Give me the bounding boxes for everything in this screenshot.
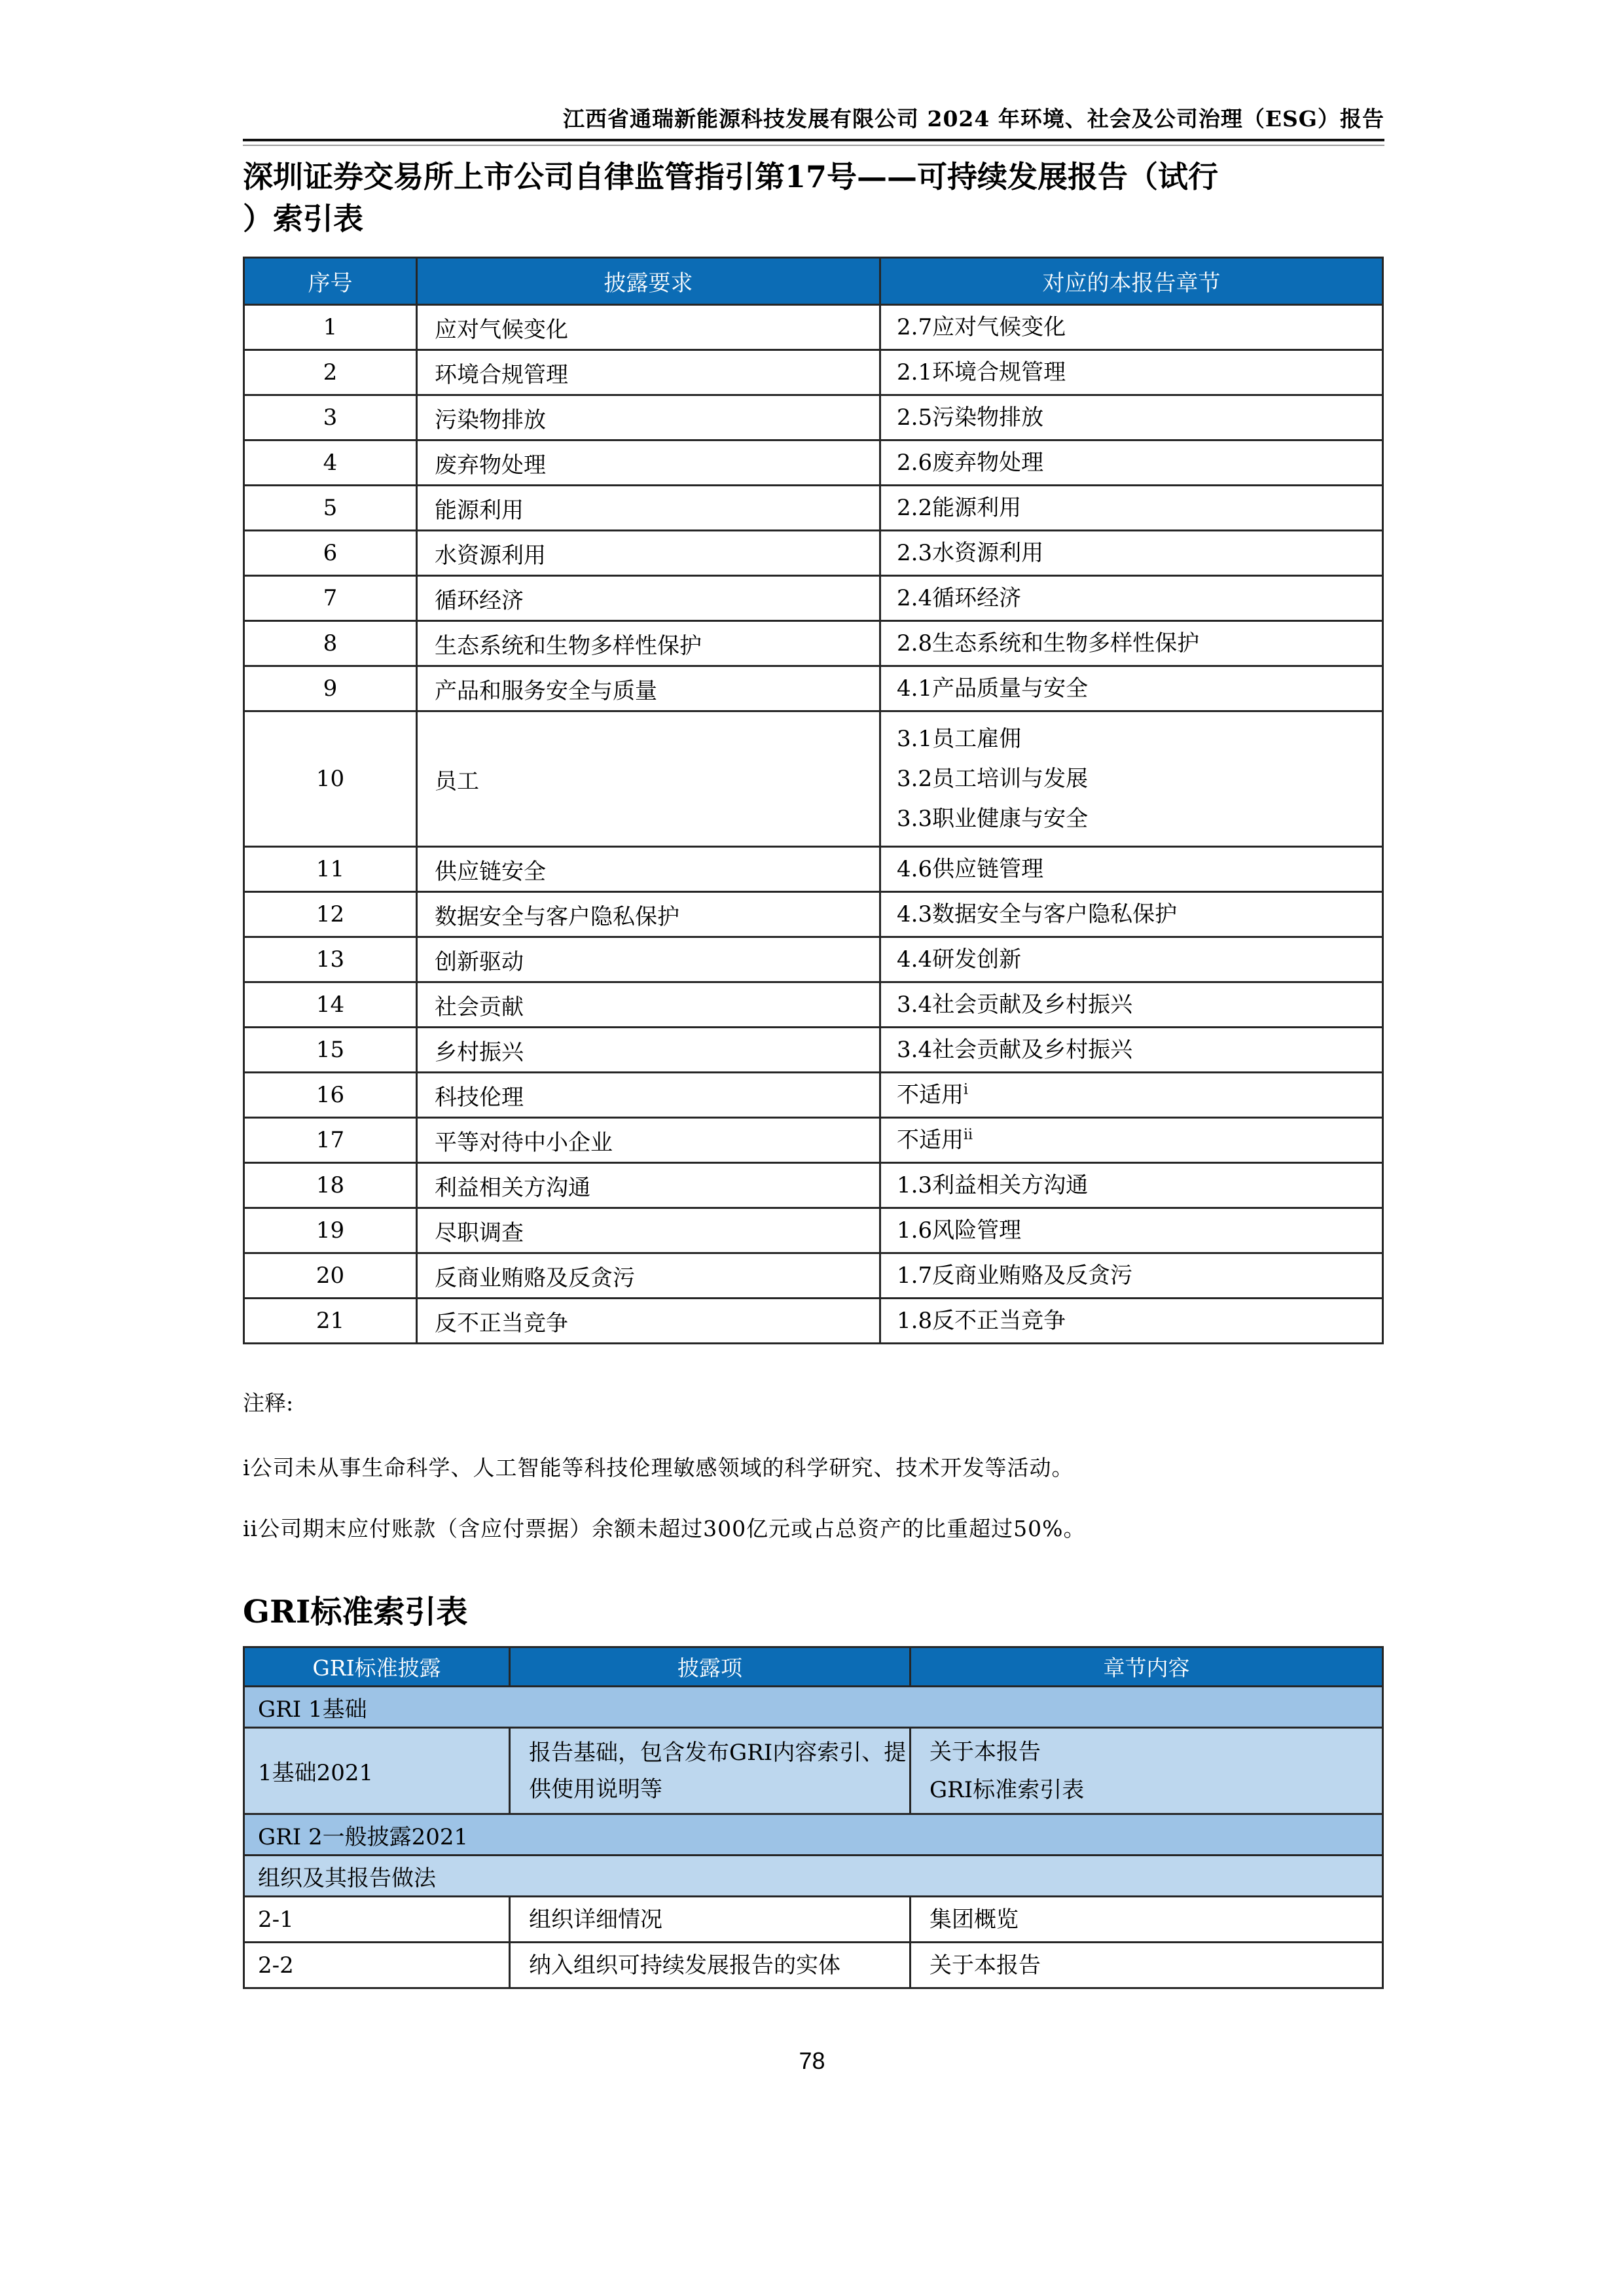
chapter-line: 2.7应对气候变化 (897, 308, 1381, 347)
row-number-cell: 12 (244, 892, 417, 937)
table-row: 11供应链安全4.6供应链管理 (244, 847, 1383, 892)
chapter-cell: 2.5污染物排放 (880, 395, 1383, 440)
chapter-line: 4.4研发创新 (897, 940, 1381, 979)
chapter-line: 4.1产品质量与安全 (897, 669, 1381, 708)
table-row: 10员工3.1员工雇佣3.2员工培训与发展3.3职业健康与安全 (244, 711, 1383, 847)
row-number-cell: 11 (244, 847, 417, 892)
gri-chapter-cell: 关于本报告 (911, 1943, 1383, 1988)
chapter-line: 1.6风险管理 (897, 1211, 1381, 1250)
row-number-cell: 1 (244, 305, 417, 350)
table-row: 18利益相关方沟通1.3利益相关方沟通 (244, 1163, 1383, 1208)
requirement-cell: 环境合规管理 (417, 350, 880, 395)
chapter-line: 不适用i (897, 1075, 1381, 1115)
requirement-cell: 平等对待中小企业 (417, 1118, 880, 1163)
requirement-cell: 数据安全与客户隐私保护 (417, 892, 880, 937)
table2-col-header-chapter: 章节内容 (911, 1647, 1383, 1687)
requirement-cell: 污染物排放 (417, 395, 880, 440)
chapter-line: 3.1员工雇佣 (897, 721, 1381, 757)
row-number-cell: 7 (244, 576, 417, 621)
requirement-cell: 员工 (417, 711, 880, 847)
section1-title: 深圳证券交易所上市公司自律监管指引第17号——可持续发展报告（试行 ）索引表 (243, 156, 1395, 240)
chapter-line: 1.8反不正当竞争 (897, 1301, 1381, 1340)
chapter-line: 1.7反商业贿赂及反贪污 (897, 1256, 1381, 1295)
chapter-cell: 3.4社会贡献及乡村振兴 (880, 1028, 1383, 1073)
row-number-cell: 19 (244, 1208, 417, 1253)
row-number-cell: 16 (244, 1073, 417, 1118)
table-row: 16科技伦理不适用i (244, 1073, 1383, 1118)
gri-chapter-line: 关于本报告 (929, 1946, 1381, 1984)
note-item: ii公司期末应付账款（含应付票据）余额未超过300亿元或占总资产的比重超过50%… (243, 1512, 1384, 1543)
table-row: 19尽职调查1.6风险管理 (244, 1208, 1383, 1253)
chapter-cell: 2.7应对气候变化 (880, 305, 1383, 350)
chapter-cell: 2.4循环经济 (880, 576, 1383, 621)
chapter-cell: 1.3利益相关方沟通 (880, 1163, 1383, 1208)
row-number-cell: 4 (244, 440, 417, 486)
table-row: 6水资源利用2.3水资源利用 (244, 531, 1383, 576)
chapter-cell: 不适用ii (880, 1118, 1383, 1163)
row-number-cell: 14 (244, 982, 417, 1028)
gri-chapter-line: 集团概览 (929, 1901, 1381, 1939)
note-item: i公司未从事生命科学、人工智能等科技伦理敏感领域的科学研究、技术开发等活动。 (243, 1451, 1384, 1482)
chapter-line: 3.3职业健康与安全 (897, 800, 1381, 837)
table-row: 14社会贡献3.4社会贡献及乡村振兴 (244, 982, 1383, 1028)
table-row: 15乡村振兴3.4社会贡献及乡村振兴 (244, 1028, 1383, 1073)
chapter-cell: 1.6风险管理 (880, 1208, 1383, 1253)
row-number-cell: 13 (244, 937, 417, 982)
chapter-line: 2.2能源利用 (897, 488, 1381, 528)
chapter-line: 4.6供应链管理 (897, 850, 1381, 889)
chapter-line: 2.6废弃物处理 (897, 443, 1381, 482)
gri-code-cell: 2-2 (244, 1943, 510, 1988)
table-row: 13创新驱动4.4研发创新 (244, 937, 1383, 982)
notes-label: 注释: (243, 1386, 1384, 1417)
table-row: 3污染物排放2.5污染物排放 (244, 395, 1383, 440)
gri-code-cell: 1基础2021 (244, 1728, 510, 1814)
row-number-cell: 5 (244, 486, 417, 531)
row-number-cell: 3 (244, 395, 417, 440)
row-number-cell: 15 (244, 1028, 417, 1073)
chapter-cell: 3.1员工雇佣3.2员工培训与发展3.3职业健康与安全 (880, 711, 1383, 847)
chapter-cell: 2.1环境合规管理 (880, 350, 1383, 395)
band-label-cell: 组织及其报告做法 (244, 1856, 1383, 1897)
table2-col-header-item: 披露项 (510, 1647, 911, 1687)
requirement-cell: 尽职调查 (417, 1208, 880, 1253)
requirement-cell: 科技伦理 (417, 1073, 880, 1118)
band-label-cell: GRI 2一般披露2021 (244, 1814, 1383, 1856)
chapter-line: 1.3利益相关方沟通 (897, 1166, 1381, 1205)
gri-section-band: GRI 1基础 (244, 1687, 1383, 1728)
gri-chapter-line: 关于本报告 (929, 1733, 1381, 1771)
chapter-line: 4.3数据安全与客户隐私保护 (897, 895, 1381, 934)
chapter-cell: 1.8反不正当竞争 (880, 1299, 1383, 1344)
chapter-line: 2.4循环经济 (897, 579, 1381, 618)
table-row: 8生态系统和生物多样性保护2.8生态系统和生物多样性保护 (244, 621, 1383, 666)
chapter-cell: 4.1产品质量与安全 (880, 666, 1383, 711)
table1-col-header-requirement: 披露要求 (417, 258, 880, 305)
chapter-cell: 1.7反商业贿赂及反贪污 (880, 1253, 1383, 1299)
chapter-line: 2.3水资源利用 (897, 533, 1381, 573)
table-row: 20反商业贿赂及反贪污1.7反商业贿赂及反贪污 (244, 1253, 1383, 1299)
header-rule (243, 139, 1384, 146)
requirement-cell: 反不正当竞争 (417, 1299, 880, 1344)
section2-title: GRI标准索引表 (243, 1587, 1384, 1632)
chapter-line: 2.1环境合规管理 (897, 353, 1381, 392)
section1-title-line2: ）索引表 (243, 198, 1395, 240)
chapter-line: 2.8生态系统和生物多样性保护 (897, 624, 1381, 663)
requirement-cell: 循环经济 (417, 576, 880, 621)
row-number-cell: 21 (244, 1299, 417, 1344)
section1-title-line1: 深圳证券交易所上市公司自律监管指引第17号——可持续发展报告（试行 (243, 156, 1395, 198)
gri-item-cell: 组织详细情况 (510, 1897, 911, 1943)
gri-table-row: 2-2纳入组织可持续发展报告的实体关于本报告 (244, 1943, 1383, 1988)
table2-col-header-gri-disclosure: GRI标准披露 (244, 1647, 510, 1687)
table-row: 1应对气候变化2.7应对气候变化 (244, 305, 1383, 350)
running-header-text: 江西省通瑞新能源科技发展有限公司 2024 年环境、社会及公司治理（ESG）报告 (243, 102, 1384, 133)
chapter-cell: 4.6供应链管理 (880, 847, 1383, 892)
chapter-cell: 不适用i (880, 1073, 1383, 1118)
gri-item-cell: 纳入组织可持续发展报告的实体 (510, 1943, 911, 1988)
table-row: 12数据安全与客户隐私保护4.3数据安全与客户隐私保护 (244, 892, 1383, 937)
requirement-cell: 创新驱动 (417, 937, 880, 982)
row-number-cell: 6 (244, 531, 417, 576)
requirement-cell: 应对气候变化 (417, 305, 880, 350)
chapter-cell: 3.4社会贡献及乡村振兴 (880, 982, 1383, 1028)
esg-report-page: 江西省通瑞新能源科技发展有限公司 2024 年环境、社会及公司治理（ESG）报告… (0, 0, 1624, 2296)
requirement-cell: 产品和服务安全与质量 (417, 666, 880, 711)
chapter-cell: 2.2能源利用 (880, 486, 1383, 531)
row-number-cell: 8 (244, 621, 417, 666)
requirement-cell: 乡村振兴 (417, 1028, 880, 1073)
table1-col-header-chapter: 对应的本报告章节 (880, 258, 1383, 305)
row-number-cell: 2 (244, 350, 417, 395)
chapter-cell: 2.6废弃物处理 (880, 440, 1383, 486)
requirement-cell: 反商业贿赂及反贪污 (417, 1253, 880, 1299)
row-number-cell: 9 (244, 666, 417, 711)
requirement-cell: 能源利用 (417, 486, 880, 531)
chapter-cell: 4.3数据安全与客户隐私保护 (880, 892, 1383, 937)
gri-standard-index-table: GRI标准披露 披露项 章节内容 GRI 1基础1基础2021报告基础，包含发布… (243, 1646, 1384, 1989)
table-row: 21反不正当竞争1.8反不正当竞争 (244, 1299, 1383, 1344)
table1-col-header-no: 序号 (244, 258, 417, 305)
table-row: 4废弃物处理2.6废弃物处理 (244, 440, 1383, 486)
row-number-cell: 18 (244, 1163, 417, 1208)
requirement-cell: 废弃物处理 (417, 440, 880, 486)
requirement-cell: 水资源利用 (417, 531, 880, 576)
gri-code-cell: 2-1 (244, 1897, 510, 1943)
requirement-cell: 生态系统和生物多样性保护 (417, 621, 880, 666)
table-row: 7循环经济2.4循环经济 (244, 576, 1383, 621)
table-row: 2环境合规管理2.1环境合规管理 (244, 350, 1383, 395)
band-label-cell: GRI 1基础 (244, 1687, 1383, 1728)
table2-header-row: GRI标准披露 披露项 章节内容 (244, 1647, 1383, 1687)
gri-section-band: GRI 2一般披露2021 (244, 1814, 1383, 1856)
chapter-line: 3.4社会贡献及乡村振兴 (897, 985, 1381, 1024)
table-row: 5能源利用2.2能源利用 (244, 486, 1383, 531)
gri-section-band: 组织及其报告做法 (244, 1856, 1383, 1897)
requirement-cell: 社会贡献 (417, 982, 880, 1028)
row-number-cell: 17 (244, 1118, 417, 1163)
chapter-cell: 4.4研发创新 (880, 937, 1383, 982)
chapter-cell: 2.8生态系统和生物多样性保护 (880, 621, 1383, 666)
gri-chapter-line: GRI标准索引表 (929, 1771, 1381, 1809)
gri-table-row: 2-1组织详细情况集团概览 (244, 1897, 1383, 1943)
gri-chapter-cell: 关于本报告GRI标准索引表 (911, 1728, 1383, 1814)
requirement-cell: 利益相关方沟通 (417, 1163, 880, 1208)
row-number-cell: 20 (244, 1253, 417, 1299)
table1-header-row: 序号 披露要求 对应的本报告章节 (244, 258, 1383, 305)
chapter-line: 2.5污染物排放 (897, 398, 1381, 437)
table-row: 9产品和服务安全与质量4.1产品质量与安全 (244, 666, 1383, 711)
gri-table-row: 1基础2021报告基础，包含发布GRI内容索引、提供使用说明等关于本报告GRI标… (244, 1728, 1383, 1814)
chapter-line: 3.4社会贡献及乡村振兴 (897, 1030, 1381, 1069)
page-number: 78 (0, 2047, 1624, 2075)
requirement-cell: 供应链安全 (417, 847, 880, 892)
row-number-cell: 10 (244, 711, 417, 847)
gri-item-cell: 报告基础，包含发布GRI内容索引、提供使用说明等 (510, 1728, 911, 1814)
chapter-line: 不适用ii (897, 1121, 1381, 1160)
szse-guideline-index-table: 序号 披露要求 对应的本报告章节 1应对气候变化2.7应对气候变化2环境合规管理… (243, 257, 1384, 1344)
notes-block: 注释: i公司未从事生命科学、人工智能等科技伦理敏感领域的科学研究、技术开发等活… (243, 1386, 1384, 1573)
chapter-cell: 2.3水资源利用 (880, 531, 1383, 576)
table-row: 17平等对待中小企业不适用ii (244, 1118, 1383, 1163)
footnote-ref: i (964, 1082, 968, 1098)
chapter-line: 3.2员工培训与发展 (897, 761, 1381, 797)
gri-chapter-cell: 集团概览 (911, 1897, 1383, 1943)
footnote-ref: ii (964, 1127, 973, 1143)
